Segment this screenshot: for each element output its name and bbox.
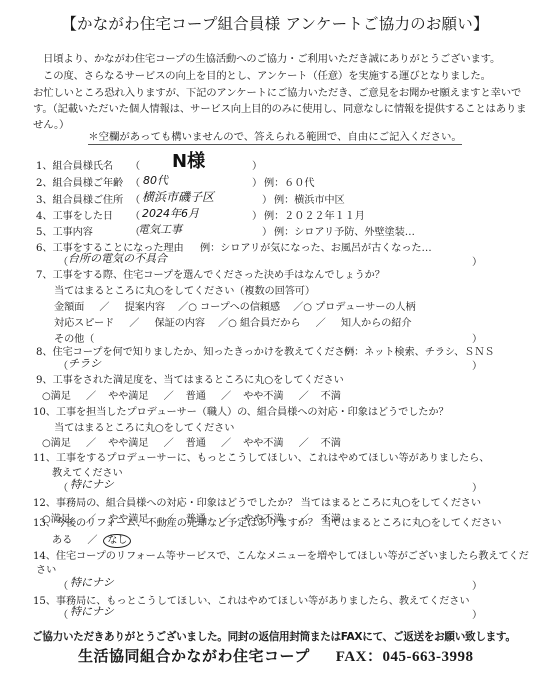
- q9-label: 9、工事をされた満足度を、当てはまるところに丸○をしてください: [36, 371, 344, 386]
- q7-instruction: 当てはまるところに丸○をしてください（複数の回答可）: [54, 282, 315, 297]
- q14-answer[interactable]: 特にナシ: [70, 574, 114, 590]
- selected-circle-icon: ○: [42, 438, 51, 449]
- q6-close: ）: [472, 253, 482, 268]
- selected-circle-icon: ○: [42, 391, 51, 402]
- selected-circle-icon: ○: [303, 302, 312, 313]
- q2-open: （: [130, 174, 140, 189]
- q6-example: 例：シロアリが気になった、お風呂が古くなった…: [200, 239, 432, 254]
- q15-open: （: [58, 606, 68, 621]
- q11-label: 11、工事をするプロデューサーに、もっとこうしてほしい、これはやめてほしい等があ…: [33, 449, 489, 464]
- q3-label: 3、組合員様ご住所: [36, 191, 123, 206]
- q9-options: ○満足 ／やや満足 ／普通 ／やや不満 ／不満: [42, 387, 341, 402]
- q8-example: 例：ネット検索、チラシ、ＳＮＳ: [344, 343, 495, 358]
- q1-open: （: [130, 157, 140, 172]
- q9-option-dissatisfied[interactable]: 不満: [321, 391, 341, 402]
- q4-example: 例：２０２２年１１月: [264, 207, 365, 222]
- q10-option-somewhat-satisfied[interactable]: やや満足: [108, 438, 148, 449]
- q7-label: 7、工事をする際、住宅コープを選んでくださった決め手はなんでしょうか？: [36, 266, 385, 281]
- slash: ／: [87, 535, 97, 546]
- q7-option-producer[interactable]: プロデューサーの人柄: [315, 302, 416, 313]
- slash: ／: [218, 318, 228, 329]
- q5-example: 例：シロアリ予防、外壁塗装…: [274, 223, 415, 238]
- q7-row2: 対応スピード ／ 保証の内容 ／○ 組合員だから ／ 知人からの紹介: [54, 314, 411, 329]
- q8-close: ）: [472, 357, 482, 372]
- q7-option-warranty[interactable]: 保証の内容: [155, 318, 205, 329]
- page-title: 【かながわ住宅コープ組合員様 アンケートご協力のお願い】: [0, 12, 550, 34]
- q1-label: 1、組合員様氏名: [36, 157, 113, 172]
- intro-line-3: お忙しいところ恐れ入りますが、下記のアンケートにご協力いただき、ご意見をお聞かせ…: [33, 84, 521, 99]
- q4-answer[interactable]: 2024年6月: [142, 205, 199, 221]
- q3-example: 例：横浜市中区: [274, 191, 345, 206]
- q2-answer[interactable]: 80代: [143, 172, 168, 188]
- slash: ／: [164, 391, 174, 402]
- footer-thanks: ご協力いただきありがとうございました。同封の返信用封筒またはFAXにて、ご返送を…: [32, 629, 516, 644]
- q13-label: 13、今後のリフォーム、不動産の売却など予定はありますか？ 当てはまるところに丸…: [33, 514, 501, 529]
- q11-close: ）: [472, 479, 482, 494]
- q3-answer[interactable]: 横浜市磯子区: [142, 188, 214, 205]
- q12-label: 12、事務局の、組合員様への対応・印象はどうでしたか？ 当てはまるところに丸○を…: [33, 494, 481, 509]
- q9-option-neutral[interactable]: 普通: [186, 391, 206, 402]
- org-name: 生活協同組合かながわ住宅コープ: [78, 647, 310, 665]
- q4-label: 4、工事をした日: [36, 207, 113, 222]
- q7-option-speed[interactable]: 対応スピード: [54, 318, 114, 329]
- q15-close: ）: [472, 606, 482, 621]
- q9-option-satisfied[interactable]: 満足: [51, 391, 71, 402]
- slash: ／: [316, 318, 326, 329]
- q9-option-somewhat-satisfied[interactable]: やや満足: [108, 391, 148, 402]
- q5-close: ）: [262, 223, 272, 238]
- q10-label: 10、工事を担当したプロデューサー（職人）の、組合員様への対応・印象はどうでした…: [33, 403, 449, 418]
- q7-option-trust[interactable]: コープへの信頼感: [200, 302, 280, 313]
- slash: ／: [221, 438, 231, 449]
- q3-open: （: [130, 191, 140, 206]
- q10-option-dissatisfied[interactable]: 不満: [321, 438, 341, 449]
- q6-answer[interactable]: 台所の電気の不具合: [68, 250, 167, 266]
- q14-label: 14、住宅コープのリフォーム等サービスで、こんなメニューを増やしてほしい等がござ…: [33, 547, 529, 562]
- q14-label-cont: さい: [36, 561, 56, 576]
- slash: ／: [129, 318, 139, 329]
- q13-option-no[interactable]: なし: [103, 534, 131, 548]
- intro-line-4: す。（記載いただいた個人情報は、サービス向上目的のみに使用し、同意なしに情報を提…: [33, 100, 526, 115]
- q2-example: 例：６０代: [264, 174, 314, 189]
- q5-label: 5、工事内容: [36, 223, 93, 238]
- intro-line-2: この度、さらなるサービスの向上を目的とし、アンケート（任意）を実施する運びとなり…: [43, 67, 491, 82]
- slash: ／: [221, 391, 231, 402]
- slash: ／: [164, 438, 174, 449]
- q7-option-proposal[interactable]: 提案内容: [125, 302, 165, 313]
- slash: ／: [86, 438, 96, 449]
- slash: ／: [99, 302, 109, 313]
- q10-option-somewhat-dissatisfied[interactable]: やや不満: [243, 438, 283, 449]
- q10-instruction: 当てはまるところに丸○をしてください: [54, 419, 234, 434]
- slash: ／: [299, 438, 309, 449]
- q7-option-member[interactable]: 組合員だから: [240, 318, 301, 329]
- slash: ／: [178, 302, 188, 313]
- footer-contact: 生活協同組合かながわ住宅コープFAX：045-663-3998: [78, 645, 473, 666]
- q1-answer[interactable]: N様: [172, 147, 205, 173]
- q2-label: 2、組合員様ご年齢: [36, 174, 123, 189]
- q15-answer[interactable]: 特にナシ: [70, 603, 114, 619]
- q8-answer[interactable]: チラシ: [68, 355, 101, 371]
- selected-circle-icon: ○: [188, 302, 197, 313]
- q14-close: ）: [472, 577, 482, 592]
- q7-option-referral[interactable]: 知人からの紹介: [341, 318, 412, 329]
- fax-number: FAX：045-663-3998: [336, 649, 474, 665]
- q2-close: ）: [252, 174, 262, 189]
- notice: ＊空欄があっても構いませんので、答えられる範囲で、自由にご記入ください。: [0, 128, 550, 143]
- q10-option-satisfied[interactable]: 満足: [51, 438, 71, 449]
- slash: ／: [86, 391, 96, 402]
- q14-open: （: [58, 577, 68, 592]
- q11-open: （: [58, 479, 68, 494]
- q5-answer[interactable]: 電気工事: [138, 221, 182, 237]
- q4-open: （: [130, 207, 140, 222]
- q7-option-price[interactable]: 金額面: [54, 302, 84, 313]
- q3-close: ）: [262, 191, 272, 206]
- q4-close: ）: [252, 207, 262, 222]
- slash: ／: [299, 391, 309, 402]
- q8-open: （: [58, 357, 68, 372]
- q13-option-yes[interactable]: ある: [52, 535, 72, 546]
- q10-option-neutral[interactable]: 普通: [186, 438, 206, 449]
- q9-option-somewhat-dissatisfied[interactable]: やや不満: [243, 391, 283, 402]
- q7-row1: 金額面 ／ 提案内容 ／○ コープへの信頼感 ／○ プロデューサーの人柄: [54, 298, 416, 313]
- selected-circle-icon: ○: [228, 318, 237, 329]
- q1-close: ）: [252, 157, 262, 172]
- q10-options: ○満足 ／やや満足 ／普通 ／やや不満 ／不満: [42, 434, 341, 449]
- q11-answer[interactable]: 特にナシ: [70, 476, 114, 492]
- slash: ／: [293, 302, 303, 313]
- q13-options: ある ／なし: [52, 531, 131, 548]
- intro-line-1: 日頃より、かながわ住宅コープの生協活動へのご協力・ご利用いただき誠にありがとうご…: [43, 50, 500, 65]
